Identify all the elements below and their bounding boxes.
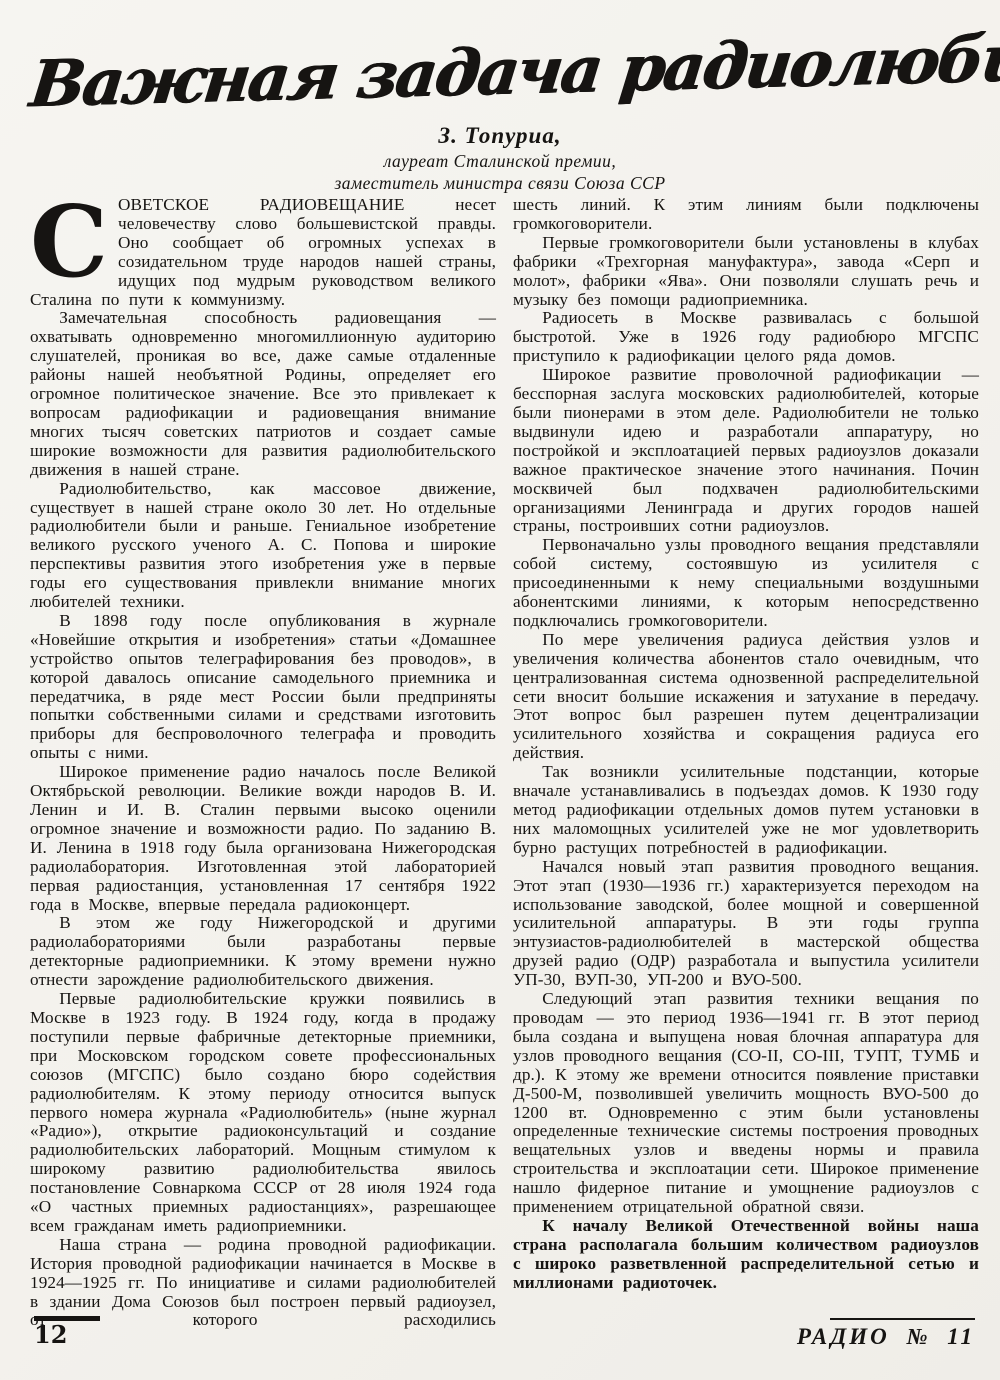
paragraph: Широкое применение радио началось после …: [30, 763, 496, 914]
paragraph: Первые радиолюбительские кружки появилис…: [30, 990, 496, 1236]
paragraph: Первоначально узлы проводного вещания пр…: [513, 536, 979, 631]
paragraph: Замечательная способность радиовещания —…: [30, 309, 496, 479]
left-column: СОВЕТСКОЕ РАДИОВЕЩАНИЕ несет человечеств…: [30, 196, 496, 1321]
journal-issue-label: РАДИО № 11: [725, 1324, 975, 1350]
byline: З. Топуриа, лауреат Сталинской премии, з…: [0, 122, 1000, 194]
author-name: З. Топуриа,: [0, 122, 1000, 150]
paragraph: Радиолюбительство, как массовое движение…: [30, 480, 496, 612]
paragraph: шесть линий. К этим линиям были подключе…: [513, 196, 979, 234]
paragraph: Следующий этап развития техники вещания …: [513, 990, 979, 1217]
footer-rule-right: [830, 1318, 975, 1320]
paragraph: В 1898 году после опубликования в журнал…: [30, 612, 496, 763]
paragraph: Широкое развитие проволочной радиофикаци…: [513, 366, 979, 536]
paragraph: К началу Великой Отечественной войны наш…: [513, 1217, 979, 1293]
drop-cap: С: [30, 196, 118, 284]
paragraph: По мере увеличения радиуса действия узло…: [513, 631, 979, 763]
paragraph: Радиосеть в Москве развивалась с большой…: [513, 309, 979, 366]
paragraph: Первые громкоговорители были установлены…: [513, 234, 979, 310]
right-column: шесть линий. К этим линиям были подключе…: [513, 196, 979, 1321]
paragraph: Начался новый этап развития проводного в…: [513, 858, 979, 990]
magazine-page: Важная задача радиолюбителей З. Топуриа,…: [0, 0, 1000, 1380]
paragraph: В этом же году Нижегородской и другими р…: [30, 914, 496, 990]
author-credential-1: лауреат Сталинской премии,: [0, 150, 1000, 172]
footer-right: РАДИО № 11: [725, 1318, 975, 1350]
paragraph: Так возникли усилительные подстанции, ко…: [513, 763, 979, 858]
footer-left: 12: [34, 1316, 154, 1348]
article-body: СОВЕТСКОЕ РАДИОВЕЩАНИЕ несет человечеств…: [30, 196, 980, 1321]
paragraph: СОВЕТСКОЕ РАДИОВЕЩАНИЕ несет человечеств…: [30, 196, 496, 309]
page-number: 12: [34, 1322, 154, 1348]
author-credential-2: заместитель министра связи Союза ССР: [0, 172, 1000, 194]
